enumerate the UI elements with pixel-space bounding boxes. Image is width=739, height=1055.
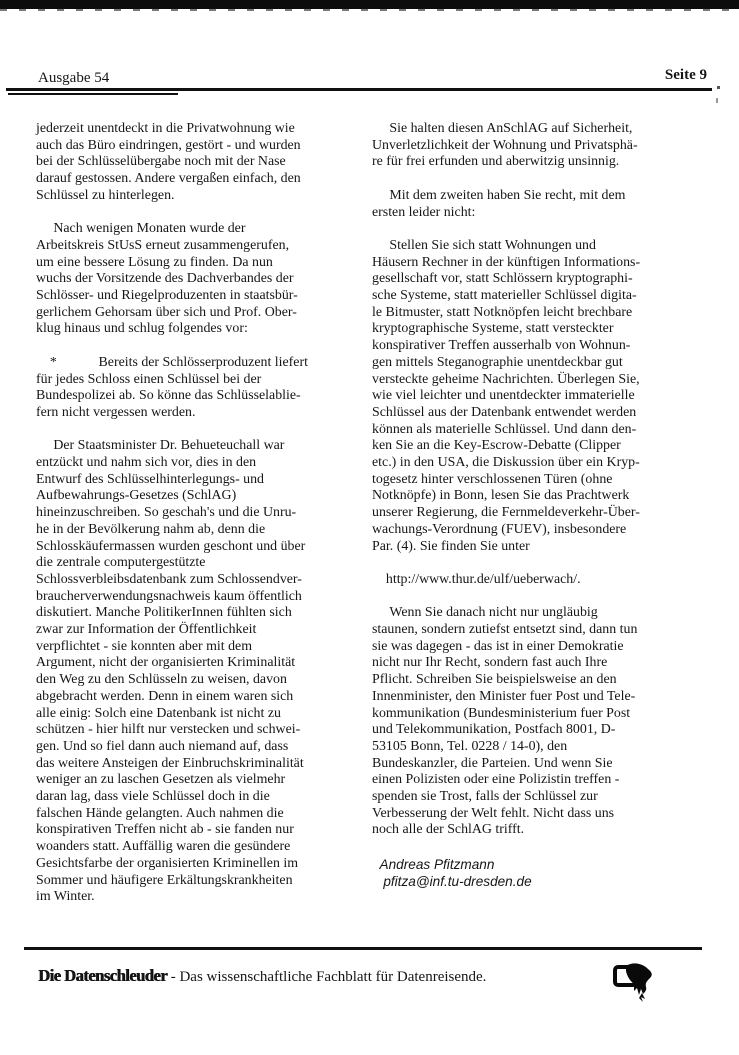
article-body: jederzeit unentdeckt in die Privatwohnun… bbox=[36, 121, 704, 923]
magazine-brand: Die Datenschleuder bbox=[38, 966, 167, 985]
scan-artifact-speck bbox=[717, 86, 720, 89]
footer: Die Datenschleuder - Das wissenschaftlic… bbox=[38, 966, 598, 986]
header-rule bbox=[6, 88, 712, 91]
author-signature: Andreas Pfitzmann pfitza@inf.tu-dresden.… bbox=[372, 856, 704, 891]
paragraph: Stellen Sie sich statt Wohnungen und Häu… bbox=[372, 238, 704, 555]
paragraph: Nach wenigen Monaten wurde der Arbeitskr… bbox=[36, 221, 360, 338]
header-page-number: Seite 9 bbox=[665, 67, 707, 84]
footer-rule bbox=[24, 947, 702, 950]
paragraph: Wenn Sie danach nicht nur ungläubig stau… bbox=[372, 605, 704, 839]
header-issue-label: Ausgabe 54 bbox=[38, 70, 109, 87]
header-rule-underline bbox=[8, 93, 178, 95]
right-column: Sie halten diesen AnSchlAG auf Sicherhei… bbox=[372, 121, 704, 923]
scanned-magazine-page: Ausgabe 54 Seite 9 jederzeit unentdeckt … bbox=[0, 0, 739, 1055]
scan-artifact-top-band bbox=[0, 0, 739, 9]
scan-artifact-speck bbox=[716, 98, 718, 103]
bullet-paragraph: * Bereits der Schlösserproduzent liefert… bbox=[36, 355, 360, 422]
datenschleuder-logo-icon bbox=[612, 960, 664, 1004]
footer-tagline: - Das wissenschaftliche Fachblatt für Da… bbox=[167, 969, 486, 985]
paragraph: Sie halten diesen AnSchlAG auf Sicherhei… bbox=[372, 121, 704, 171]
paragraph: Der Staatsminister Dr. Behueteuchall war… bbox=[36, 438, 360, 906]
url-text: http://www.thur.de/ulf/ueberwach/. bbox=[372, 572, 704, 589]
paragraph: jederzeit unentdeckt in die Privatwohnun… bbox=[36, 121, 360, 205]
left-column: jederzeit unentdeckt in die Privatwohnun… bbox=[36, 121, 360, 923]
paragraph: Mit dem zweiten haben Sie recht, mit dem… bbox=[372, 188, 704, 221]
